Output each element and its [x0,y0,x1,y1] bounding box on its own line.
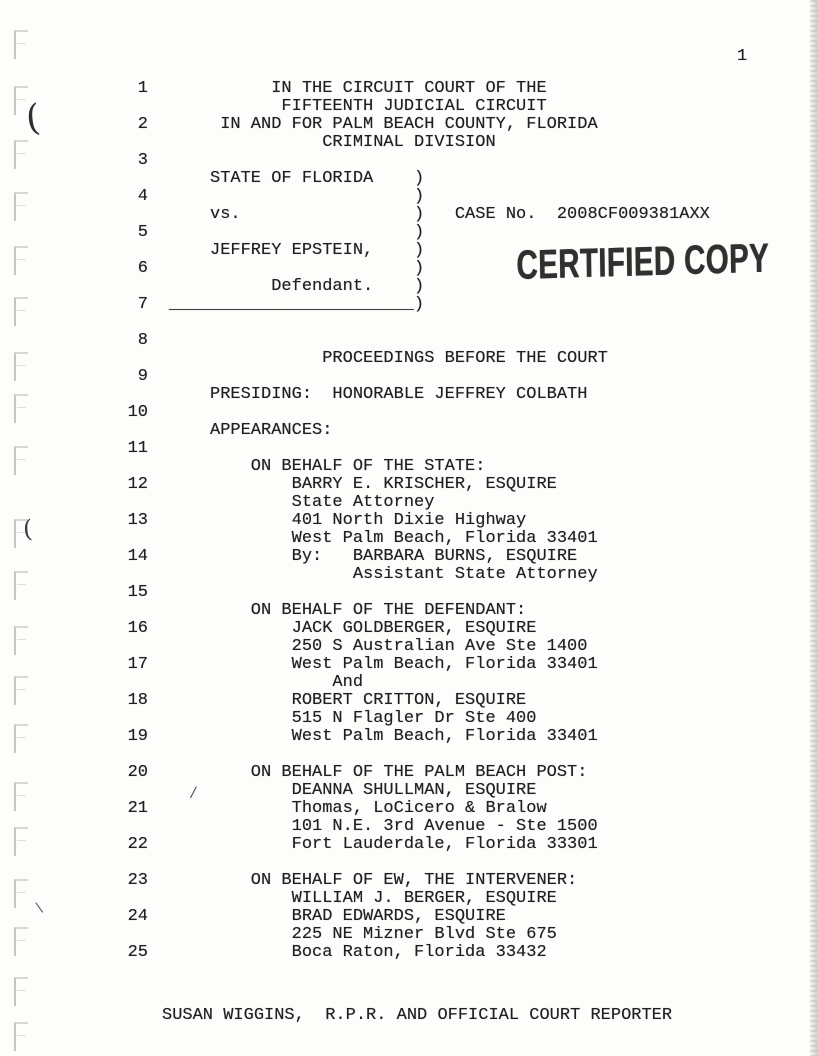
transcript-line-text: Thomas, LoCicero & Bralow [210,800,547,818]
transcript-line-text: WILLIAM J. BERGER, ESQUIRE [210,890,557,908]
transcript-line-text: 101 N.E. 3rd Avenue - Ste 1500 [210,818,598,836]
transcript-row: 21 Thomas, LoCicero & Bralow [0,800,710,818]
transcript-row: 101 N.E. 3rd Avenue - Ste 1500 [0,818,710,836]
line-number: 5 [0,224,148,242]
transcript-row: 25 Boca Raton, Florida 33432 [0,944,710,962]
transcript-row: 225 NE Mizner Blvd Ste 675 [0,926,710,944]
transcript-row: Defendant. ) [0,278,710,296]
transcript-line-text: Boca Raton, Florida 33432 [210,944,547,962]
transcript-row: PROCEEDINGS BEFORE THE COURT [0,350,710,368]
transcript-row: DEANNA SHULLMAN, ESQUIRE [0,782,710,800]
transcript-row: 6 ) [0,260,710,278]
transcript-row: APPEARANCES: [0,422,710,440]
transcript-row: 24 BRAD EDWARDS, ESQUIRE [0,908,710,926]
transcript-row: 4 ) [0,188,710,206]
transcript-row: FIFTEENTH JUDICIAL CIRCUIT [0,98,710,116]
transcript-line-text: Fort Lauderdale, Florida 33301 [210,836,598,854]
transcript-row: 7________________________) [0,296,710,314]
transcript-row: 8 [0,332,710,350]
transcript-row: ON BEHALF OF THE STATE: [0,458,710,476]
transcript-row [0,746,710,764]
binding-mark [14,1022,28,1051]
transcript-row: 2 IN AND FOR PALM BEACH COUNTY, FLORIDA [0,116,710,134]
page-number: 1 [737,47,747,66]
transcript-line-text: ON BEHALF OF THE DEFENDANT: [210,602,526,620]
transcript-row: Assistant State Attorney [0,566,710,584]
binding-mark [14,827,28,856]
transcript-line-text: 401 North Dixie Highway [210,512,526,530]
transcript-row: 515 N Flagler Dr Ste 400 [0,710,710,728]
paren-scan-mark: ( [22,515,33,544]
transcript-line-text: CRIMINAL DIVISION [210,134,496,152]
transcript-line-text: ) [210,260,424,278]
line-number: 8 [0,332,148,350]
line-number: 24 [0,908,148,926]
transcript-line-text: ROBERT CRITTON, ESQUIRE [210,692,526,710]
transcript-row: 20 ON BEHALF OF THE PALM BEACH POST: [0,764,710,782]
line-number: 12 [0,476,148,494]
binding-mark [14,352,28,381]
transcript-line-text: IN THE CIRCUIT COURT OF THE [210,80,547,98]
transcript-row: 12 BARRY E. KRISCHER, ESQUIRE [0,476,710,494]
binding-mark [14,724,28,753]
line-number [0,854,148,872]
transcript-line-text: FIFTEENTH JUDICIAL CIRCUIT [210,98,547,116]
line-number: 2 [0,116,148,134]
transcript-row: WILLIAM J. BERGER, ESQUIRE [0,890,710,908]
transcript-line-text: West Palm Beach, Florida 33401 [210,656,598,674]
line-number: 20 [0,764,148,782]
transcript-line-text: PRESIDING: HONORABLE JEFFREY COLBATH [210,386,587,404]
transcript-line-text: JACK GOLDBERGER, ESQUIRE [210,620,536,638]
transcript-line-text: ________________________) [169,296,424,314]
transcript-row: 13 401 North Dixie Highway [0,512,710,530]
binding-mark [14,394,28,423]
transcript-line-text: And [210,674,363,692]
transcript-line-text: IN AND FOR PALM BEACH COUNTY, FLORIDA [210,116,598,134]
transcript-line-text: BARRY E. KRISCHER, ESQUIRE [210,476,557,494]
binding-mark [14,676,28,705]
transcript-row: 5 ) [0,224,710,242]
transcript-row: JEFFREY EPSTEIN, ) [0,242,710,260]
transcript-line-text: JEFFREY EPSTEIN, ) [210,242,424,260]
binding-mark [14,192,28,221]
transcript-row: 250 S Australian Ave Ste 1400 [0,638,710,656]
transcript-row [0,314,710,332]
transcript-row: vs. ) CASE No. 2008CF009381AXX [0,206,710,224]
binding-mark [14,246,28,275]
transcript-row: CRIMINAL DIVISION [0,134,710,152]
binding-mark [14,977,28,1006]
transcript-line-text: By: BARBARA BURNS, ESQUIRE [210,548,577,566]
binding-mark [14,446,28,475]
transcript-line-text: Defendant. ) [210,278,424,296]
court-reporter-footer: SUSAN WIGGINS, R.P.R. AND OFFICIAL COURT… [162,1006,672,1025]
transcript-line-text: ON BEHALF OF THE PALM BEACH POST: [210,764,587,782]
transcript-line-text: West Palm Beach, Florida 33401 [210,530,598,548]
transcript-row: STATE OF FLORIDA ) [0,170,710,188]
transcript-row: 14 By: BARBARA BURNS, ESQUIRE [0,548,710,566]
transcript-row: 19 West Palm Beach, Florida 33401 [0,728,710,746]
transcript-row: 15 [0,584,710,602]
document-page: 1 CERTIFIED COPY 1 IN THE CIRCUIT COURT … [0,0,817,1056]
transcript-row: State Attorney [0,494,710,512]
transcript-line-text: 515 N Flagler Dr Ste 400 [210,710,536,728]
transcript-line-text: 225 NE Mizner Blvd Ste 675 [210,926,557,944]
line-number: 17 [0,656,148,674]
transcript-row: 1 IN THE CIRCUIT COURT OF THE [0,80,710,98]
transcript-row: 17 West Palm Beach, Florida 33401 [0,656,710,674]
binding-mark [14,626,28,655]
transcript-line-text: ON BEHALF OF THE STATE: [210,458,485,476]
transcript-row [0,854,710,872]
transcript-row: ON BEHALF OF THE DEFENDANT: [0,602,710,620]
binding-mark [14,927,28,956]
line-number [0,422,148,440]
transcript-line-text: ) [210,224,424,242]
binding-mark [14,297,28,326]
transcript-line-text: ON BEHALF OF EW, THE INTERVENER: [210,872,577,890]
transcript-line-text: vs. ) CASE No. 2008CF009381AXX [210,206,710,224]
binding-mark [14,140,28,169]
binding-mark [14,782,28,811]
transcript-row: 22 Fort Lauderdale, Florida 33301 [0,836,710,854]
line-number [0,494,148,512]
transcript-row: 11 [0,440,710,458]
transcript-line-text: ) [210,188,424,206]
scan-edge-shadow [810,0,817,1056]
transcript-row: PRESIDING: HONORABLE JEFFREY COLBATH [0,386,710,404]
transcript-body: 1 IN THE CIRCUIT COURT OF THE FIFTEENTH … [0,80,710,962]
transcript-row: And [0,674,710,692]
transcript-line-text: BRAD EDWARDS, ESQUIRE [210,908,506,926]
transcript-row: 9 [0,368,710,386]
transcript-row: 10 [0,404,710,422]
transcript-row: 23 ON BEHALF OF EW, THE INTERVENER: [0,872,710,890]
transcript-line-text: STATE OF FLORIDA ) [210,170,424,188]
transcript-line-text: DEANNA SHULLMAN, ESQUIRE [210,782,536,800]
transcript-line-text: Assistant State Attorney [210,566,598,584]
transcript-line-text: State Attorney [210,494,434,512]
line-number [0,602,148,620]
transcript-line-text: 250 S Australian Ave Ste 1400 [210,638,587,656]
transcript-line-text: APPEARANCES: [210,422,332,440]
transcript-row: 16 JACK GOLDBERGER, ESQUIRE [0,620,710,638]
transcript-row: West Palm Beach, Florida 33401 [0,530,710,548]
binding-mark [14,30,28,59]
transcript-row: 3 [0,152,710,170]
transcript-line-text: West Palm Beach, Florida 33401 [210,728,598,746]
line-number [0,170,148,188]
binding-mark [14,571,28,600]
transcript-row: 18 ROBERT CRITTON, ESQUIRE [0,692,710,710]
line-number [0,278,148,296]
transcript-line-text: PROCEEDINGS BEFORE THE COURT [210,350,608,368]
binding-mark [14,879,28,908]
line-number: 14 [0,548,148,566]
